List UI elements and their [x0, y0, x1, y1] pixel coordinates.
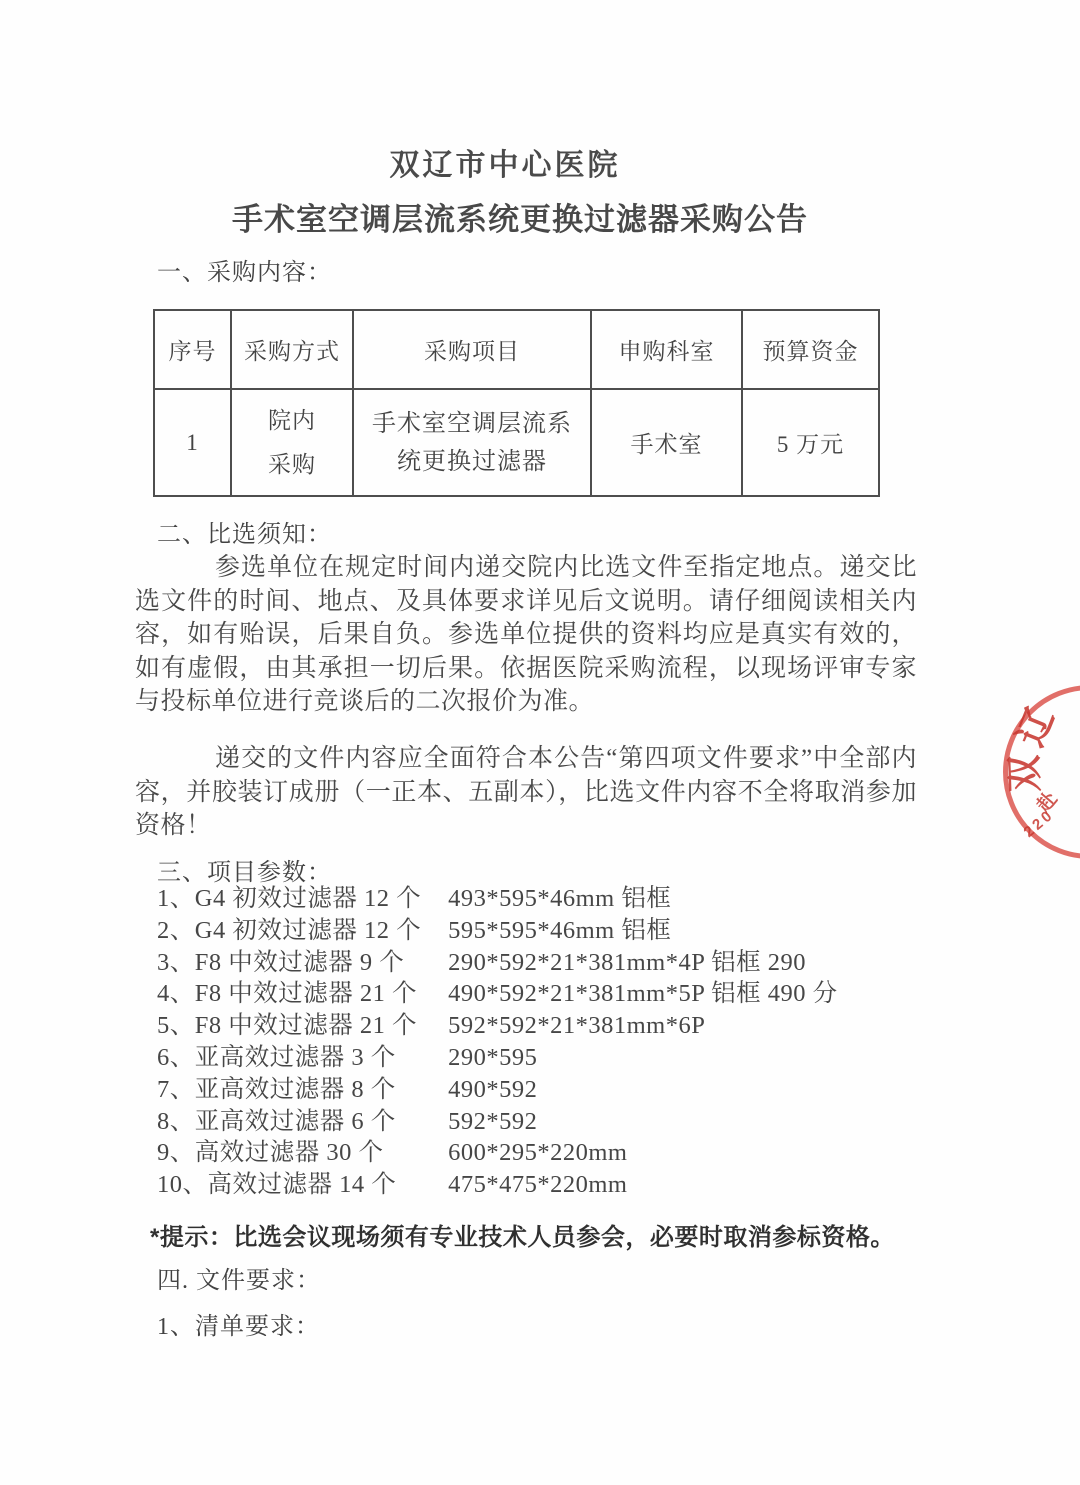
notice-paragraph-1: 参选单位在规定时间内递交院内比选文件至指定地点。递交比选文件的时间、地点、及具体… — [135, 551, 917, 719]
item-label: 3、F8 中效过滤器 9 个 — [157, 947, 442, 979]
list-item: 7、亚高效过滤器 8 个 490*592 — [157, 1074, 838, 1106]
item-dims: 290*592*21*381mm*4P 铝框 290 — [448, 949, 806, 976]
item-dims: 290*595 — [448, 1044, 537, 1071]
section-3-heading: 三、项目参数： — [157, 852, 332, 887]
col-header-project: 采购项目 — [353, 310, 591, 389]
item-dims: 600*295*220mm — [448, 1139, 627, 1166]
cell-project-line2: 统更换过滤器 — [354, 443, 590, 481]
item-dims: 493*595*46mm 铝框 — [448, 885, 671, 912]
cell-budget: 5 万元 — [742, 389, 879, 496]
doc-title: 双辽市中心医院 — [0, 140, 1010, 184]
stamp-character-bottom: 双 — [1006, 754, 1044, 792]
item-label: 5、F8 中效过滤器 21 个 — [157, 1010, 442, 1042]
item-dims: 490*592*21*381mm*5P 铝框 490 分 — [448, 980, 837, 1007]
subsection-4-1-heading: 1、清单要求： — [157, 1306, 320, 1341]
table-row: 1 院内 采购 手术室空调层流系 统更换过滤器 手术室 5 万元 — [154, 389, 879, 496]
item-label: 4、F8 中效过滤器 21 个 — [157, 978, 442, 1010]
table-header-row: 序号 采购方式 采购项目 申购科室 预算资金 — [154, 310, 879, 389]
list-item: 9、高效过滤器 30 个 600*295*220mm — [157, 1137, 838, 1169]
cell-method-line1: 院内 — [232, 399, 352, 443]
item-label: 2、G4 初效过滤器 12 个 — [157, 915, 442, 947]
section-1-heading: 一、采购内容： — [157, 252, 332, 287]
item-label: 9、高效过滤器 30 个 — [157, 1137, 442, 1169]
list-item: 3、F8 中效过滤器 9 个 290*592*21*381mm*4P 铝框 29… — [157, 947, 838, 979]
cell-project-line1: 手术室空调层流系 — [354, 405, 590, 443]
parameter-list: 1、G4 初效过滤器 12 个 493*595*46mm 铝框 2、G4 初效过… — [157, 883, 838, 1201]
item-label: 6、亚高效过滤器 3 个 — [157, 1042, 442, 1074]
list-item: 5、F8 中效过滤器 21 个 592*592*21*381mm*6P — [157, 1010, 838, 1042]
col-header-dept: 申购科室 — [591, 310, 742, 389]
list-item: 8、亚高效过滤器 6 个 592*592 — [157, 1106, 838, 1138]
procurement-table: 序号 采购方式 采购项目 申购科室 预算资金 1 院内 采购 手术室空调层流系 … — [153, 309, 880, 497]
item-label: 1、G4 初效过滤器 12 个 — [157, 883, 442, 915]
cell-dept: 手术室 — [591, 389, 742, 496]
cell-method: 院内 采购 — [231, 389, 353, 496]
list-item: 1、G4 初效过滤器 12 个 493*595*46mm 铝框 — [157, 883, 838, 915]
col-header-seq: 序号 — [154, 310, 231, 389]
cell-seq: 1 — [154, 389, 231, 496]
official-stamp: 辽 双 赴 220 — [1003, 685, 1080, 861]
col-header-method: 采购方式 — [231, 310, 353, 389]
notice-paragraph-2: 递交的文件内容应全面符合本公告“第四项文件要求”中全部内容，并胶装订成册（一正本… — [135, 742, 917, 843]
list-item: 10、高效过滤器 14 个 475*475*220mm — [157, 1169, 838, 1201]
list-item: 2、G4 初效过滤器 12 个 595*595*46mm 铝框 — [157, 915, 838, 947]
item-dims: 592*592*21*381mm*6P — [448, 1012, 705, 1039]
doc-subtitle: 手术室空调层流系统更换过滤器采购公告 — [0, 194, 1040, 239]
section-2-heading: 二、比选须知： — [157, 514, 332, 549]
item-label: 10、高效过滤器 14 个 — [157, 1169, 442, 1201]
list-item: 4、F8 中效过滤器 21 个 490*592*21*381mm*5P 铝框 4… — [157, 978, 838, 1010]
item-dims: 475*475*220mm — [448, 1171, 627, 1198]
item-label: 7、亚高效过滤器 8 个 — [157, 1074, 442, 1106]
cell-project: 手术室空调层流系 统更换过滤器 — [353, 389, 591, 496]
cell-method-line2: 采购 — [232, 443, 352, 487]
document-page: 双辽市中心医院 手术室空调层流系统更换过滤器采购公告 一、采购内容： 序号 采购… — [0, 0, 1080, 1485]
item-dims: 592*592 — [448, 1108, 537, 1135]
item-label: 8、亚高效过滤器 6 个 — [157, 1106, 442, 1138]
item-dims: 490*592 — [448, 1076, 537, 1103]
section-4-heading: 四. 文件要求： — [157, 1260, 321, 1295]
tip-note: *提示：比选会议现场须有专业技术人员参会，必要时取消参标资格。 — [150, 1217, 940, 1252]
list-item: 6、亚高效过滤器 3 个 290*595 — [157, 1042, 838, 1074]
item-dims: 595*595*46mm 铝框 — [448, 917, 671, 944]
col-header-budget: 预算资金 — [742, 310, 879, 389]
